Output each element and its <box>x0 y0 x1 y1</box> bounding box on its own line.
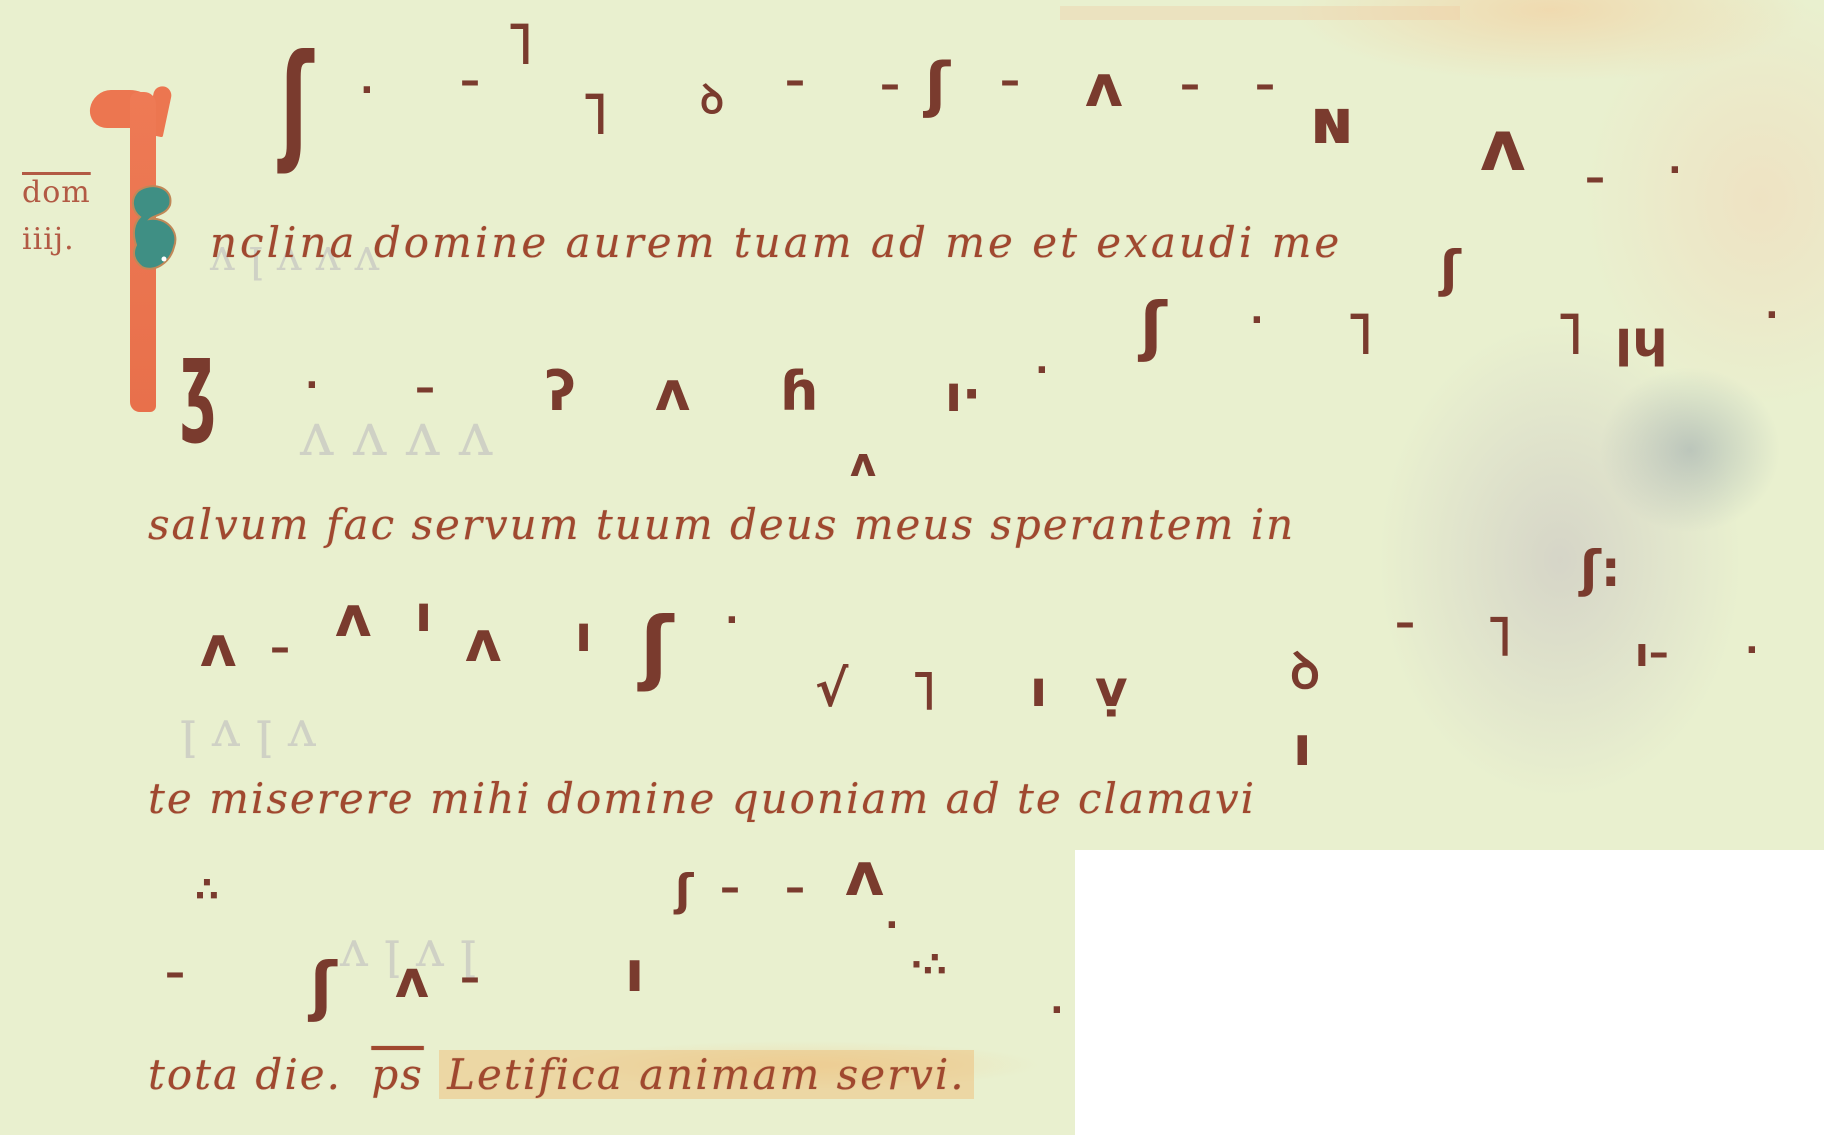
neume: · <box>1745 630 1759 671</box>
text-line-3: te miserere mihi domine quoniam ad te cl… <box>148 774 1256 823</box>
neume: ʃ <box>925 50 950 120</box>
neume: · <box>1250 300 1264 341</box>
text-line-2: salvum fac servum tuum deus meus sperant… <box>148 500 1295 549</box>
neume: ʃ <box>310 950 337 1024</box>
neume: ·∴ <box>910 945 947 985</box>
neume-row-2: ʒ · – ʔ ʌ ɦ ı· · ʃ · ˥ ʃ ˥ ꞁɥ · ʌ <box>0 270 1824 390</box>
neume: – <box>880 62 900 108</box>
neume: ˥ <box>1485 605 1513 670</box>
neume: ʃ <box>280 27 313 176</box>
neume: ṿ <box>1095 660 1128 718</box>
rubric-margin-line2: iiij. <box>22 222 75 257</box>
neume: – <box>415 365 435 411</box>
neume: – <box>165 950 185 996</box>
neume: – <box>1180 62 1200 108</box>
neume: · <box>360 70 374 111</box>
text-line-4-part-1: tota die. <box>148 1050 342 1099</box>
neume: ʌ <box>655 360 690 423</box>
text-line-4-psalm-incipit: Letifica animam servi. <box>439 1050 974 1099</box>
neume: ɦ <box>780 360 818 423</box>
neume: ˥ <box>580 80 609 148</box>
neume: – <box>460 955 480 1001</box>
neume-row-3: ʌ – ʌ ı ʌ ı ʃ · √ ˥ ı ṿ ꝺ – ˥ ʃ: ı– · ı <box>0 560 1824 680</box>
neume: · <box>1035 350 1049 391</box>
neume: ˥ <box>505 10 534 78</box>
neume: ı <box>415 585 432 643</box>
neume: ʃ <box>1440 240 1461 298</box>
bleed-through-text: ᴧ ᴧ ᴧ ᴧ <box>300 400 493 470</box>
neume: ʃ <box>640 600 673 693</box>
neume: – <box>460 58 480 104</box>
neume: ı· <box>945 365 981 423</box>
neume: ˥ <box>1345 300 1374 368</box>
neume: ʌ <box>850 440 876 486</box>
neume: ˥ <box>910 660 937 723</box>
neume: – <box>785 58 805 104</box>
neume: ʃ <box>675 865 693 916</box>
neume: ı <box>625 940 644 1005</box>
neume: · <box>885 905 899 946</box>
neume: ꝺ <box>1290 635 1320 703</box>
neume: ʃ: <box>1580 540 1621 598</box>
neume: ʌ <box>335 585 372 650</box>
neume: · <box>1668 150 1682 191</box>
neume: ˥ <box>1555 300 1584 368</box>
neume: – <box>1585 155 1605 201</box>
neume: – <box>270 625 290 671</box>
neume: ı <box>1293 715 1312 778</box>
neume: – <box>1000 58 1020 104</box>
neume: ʌ <box>1085 52 1123 120</box>
blank-area <box>1075 850 1824 1135</box>
neume: ʃ <box>1140 290 1167 364</box>
neume: ʔ <box>545 360 576 423</box>
neume: – <box>1255 62 1275 108</box>
neume: – <box>1395 600 1415 646</box>
neume: ʌ <box>845 840 884 910</box>
neume: ı <box>575 605 592 663</box>
text-line-1: nclina domine aurem tuam ad me et exaudi… <box>210 218 1342 267</box>
neume: · <box>1050 990 1064 1031</box>
teal-ornament-icon <box>130 183 182 275</box>
neume: ʌ <box>1480 105 1526 187</box>
neume: ɴ <box>1310 85 1354 158</box>
neume: ꝺ <box>700 70 724 125</box>
neume: ʌ <box>465 610 502 675</box>
neume: ʒ <box>180 318 216 448</box>
text-line-4: tota die. ps Letifica animam servi. <box>148 1050 974 1099</box>
neume: √ <box>815 660 848 718</box>
rubric-margin-line1: dom <box>22 175 91 210</box>
neume: ∴ <box>195 870 219 910</box>
neume: ʌ <box>200 615 237 680</box>
neume: – <box>720 865 740 911</box>
bleed-through-text: ꞁ ᴧ ꞁ ᴧ <box>180 700 316 758</box>
neume: · <box>725 600 739 641</box>
neume: ı– <box>1635 630 1669 676</box>
neume: ʌ <box>395 950 429 1010</box>
neume: · <box>1765 295 1779 336</box>
neume-row-1: ʃ · – ˥ ˥ ꝺ – – ʃ – ʌ – – ɴ ʌ – · <box>0 0 1824 120</box>
neume: – <box>785 865 805 911</box>
neume: ꞁɥ <box>1615 310 1668 368</box>
neume: ı <box>1030 660 1047 718</box>
psalm-abbreviation: ps <box>371 1050 423 1099</box>
neume: · <box>305 365 319 406</box>
